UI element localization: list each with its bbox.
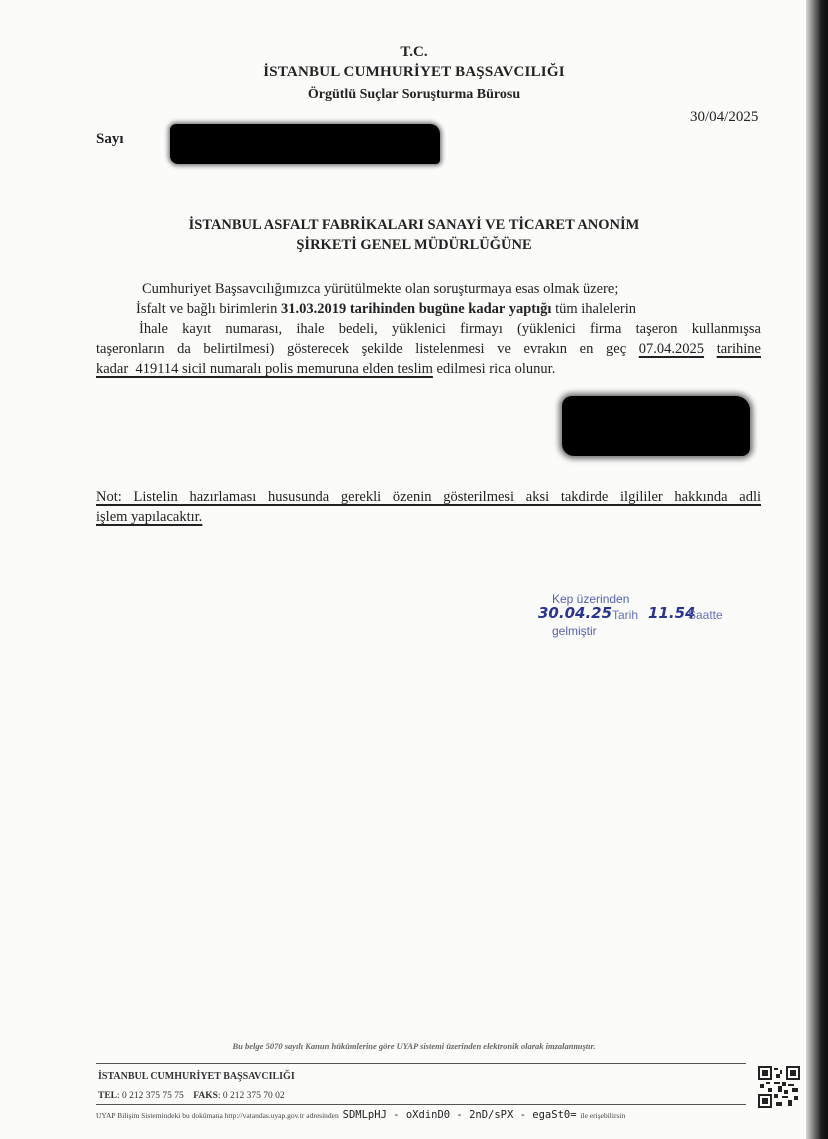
deadline-date: 07.04.2025	[639, 341, 704, 357]
footer-divider-top	[96, 1063, 746, 1064]
body-line-4-pre: taşeronların da belirtilmesi) gösterecek…	[96, 341, 639, 357]
addressee-line-1: İSTANBUL ASFALT FABRİKALARI SANAYİ VE Tİ…	[0, 217, 828, 234]
body-line-2-pre: İsfalt ve bağlı birimlerin	[136, 301, 281, 317]
body-line-2-post: tüm ihalelerin	[551, 301, 636, 317]
body-line-3: İhale kayıt numarası, ihale bedeli, yükl…	[96, 321, 761, 338]
document-page	[0, 0, 806, 1139]
note-line-1: Not: Listelin hazırlaması hususunda gere…	[96, 489, 761, 506]
stamp-handwritten-date: 30.04.25	[538, 604, 612, 622]
stamp-saatte: Saatte	[688, 608, 723, 622]
addressee-line-2: ŞİRKETİ GENEL MÜDÜRLÜĞÜNE	[0, 237, 828, 254]
document-date: 30/04/2025	[690, 109, 758, 126]
kep-receipt-stamp: Kep üzerinden 30.04.25 Tarih 11.54 Saatt…	[538, 592, 778, 642]
stamp-gelmistir: gelmiştir	[552, 624, 597, 638]
header-tc: T.C.	[0, 44, 828, 61]
deadline-word: tarihine	[717, 341, 761, 357]
stamp-tarih: Tarih	[612, 608, 638, 622]
sayi-label: Sayı	[96, 131, 124, 148]
header-institution: İSTANBUL CUMHURİYET BAŞSAVCILIĞI	[0, 64, 828, 81]
uyap-access-line: UYAP Bilişim Sistemindeki bu dokümana ht…	[96, 1109, 625, 1121]
sayi-redaction	[170, 124, 440, 164]
body-line-2: İsfalt ve bağlı birimlerin 31.03.2019 ta…	[136, 301, 636, 318]
body-line-4-space	[704, 341, 717, 357]
uyap-pre: UYAP Bilişim Sistemindeki bu dokümana ht…	[96, 1111, 339, 1120]
signature-redaction	[562, 396, 750, 456]
delivery-instruction: kadar 419114 sicil numaralı polis memuru…	[96, 361, 433, 377]
body-line-2-bold: 31.03.2019 tarihinden bugüne kadar yaptı…	[281, 301, 551, 317]
header-bureau: Örgütlü Suçlar Soruşturma Bürosu	[0, 87, 828, 103]
tel-number: : 0 212 375 75 75	[117, 1091, 184, 1101]
note-line-2: işlem yapılacaktır.	[96, 509, 202, 526]
body-line-4: taşeronların da belirtilmesi) gösterecek…	[96, 341, 761, 358]
qr-code-icon	[758, 1066, 800, 1108]
tel-label: TEL	[98, 1091, 117, 1101]
faks-label: FAKS	[193, 1091, 218, 1101]
footer-org: İSTANBUL CUMHURİYET BAŞSAVCILIĞI	[98, 1071, 295, 1082]
faks-number: : 0 212 375 70 02	[218, 1091, 285, 1101]
footer-contact: TEL: 0 212 375 75 75 FAKS: 0 212 375 70 …	[98, 1091, 285, 1101]
esign-notice: Bu belge 5070 sayılı Kanun hükümlerine g…	[0, 1041, 828, 1051]
page-edge-shadow	[806, 0, 828, 1139]
body-line-1: Cumhuriyet Başsavcılığımızca yürütülmekt…	[142, 281, 618, 298]
uyap-code: SDMLpHJ - oXdinD0 - 2nD/sPX - egaSt0=	[343, 1109, 577, 1121]
footer-divider-bottom	[96, 1104, 746, 1105]
body-line-5-post: edilmesi rica olunur.	[433, 361, 555, 377]
uyap-post: ile erişebilirsin	[580, 1111, 625, 1120]
body-line-5: kadar 419114 sicil numaralı polis memuru…	[96, 361, 555, 378]
